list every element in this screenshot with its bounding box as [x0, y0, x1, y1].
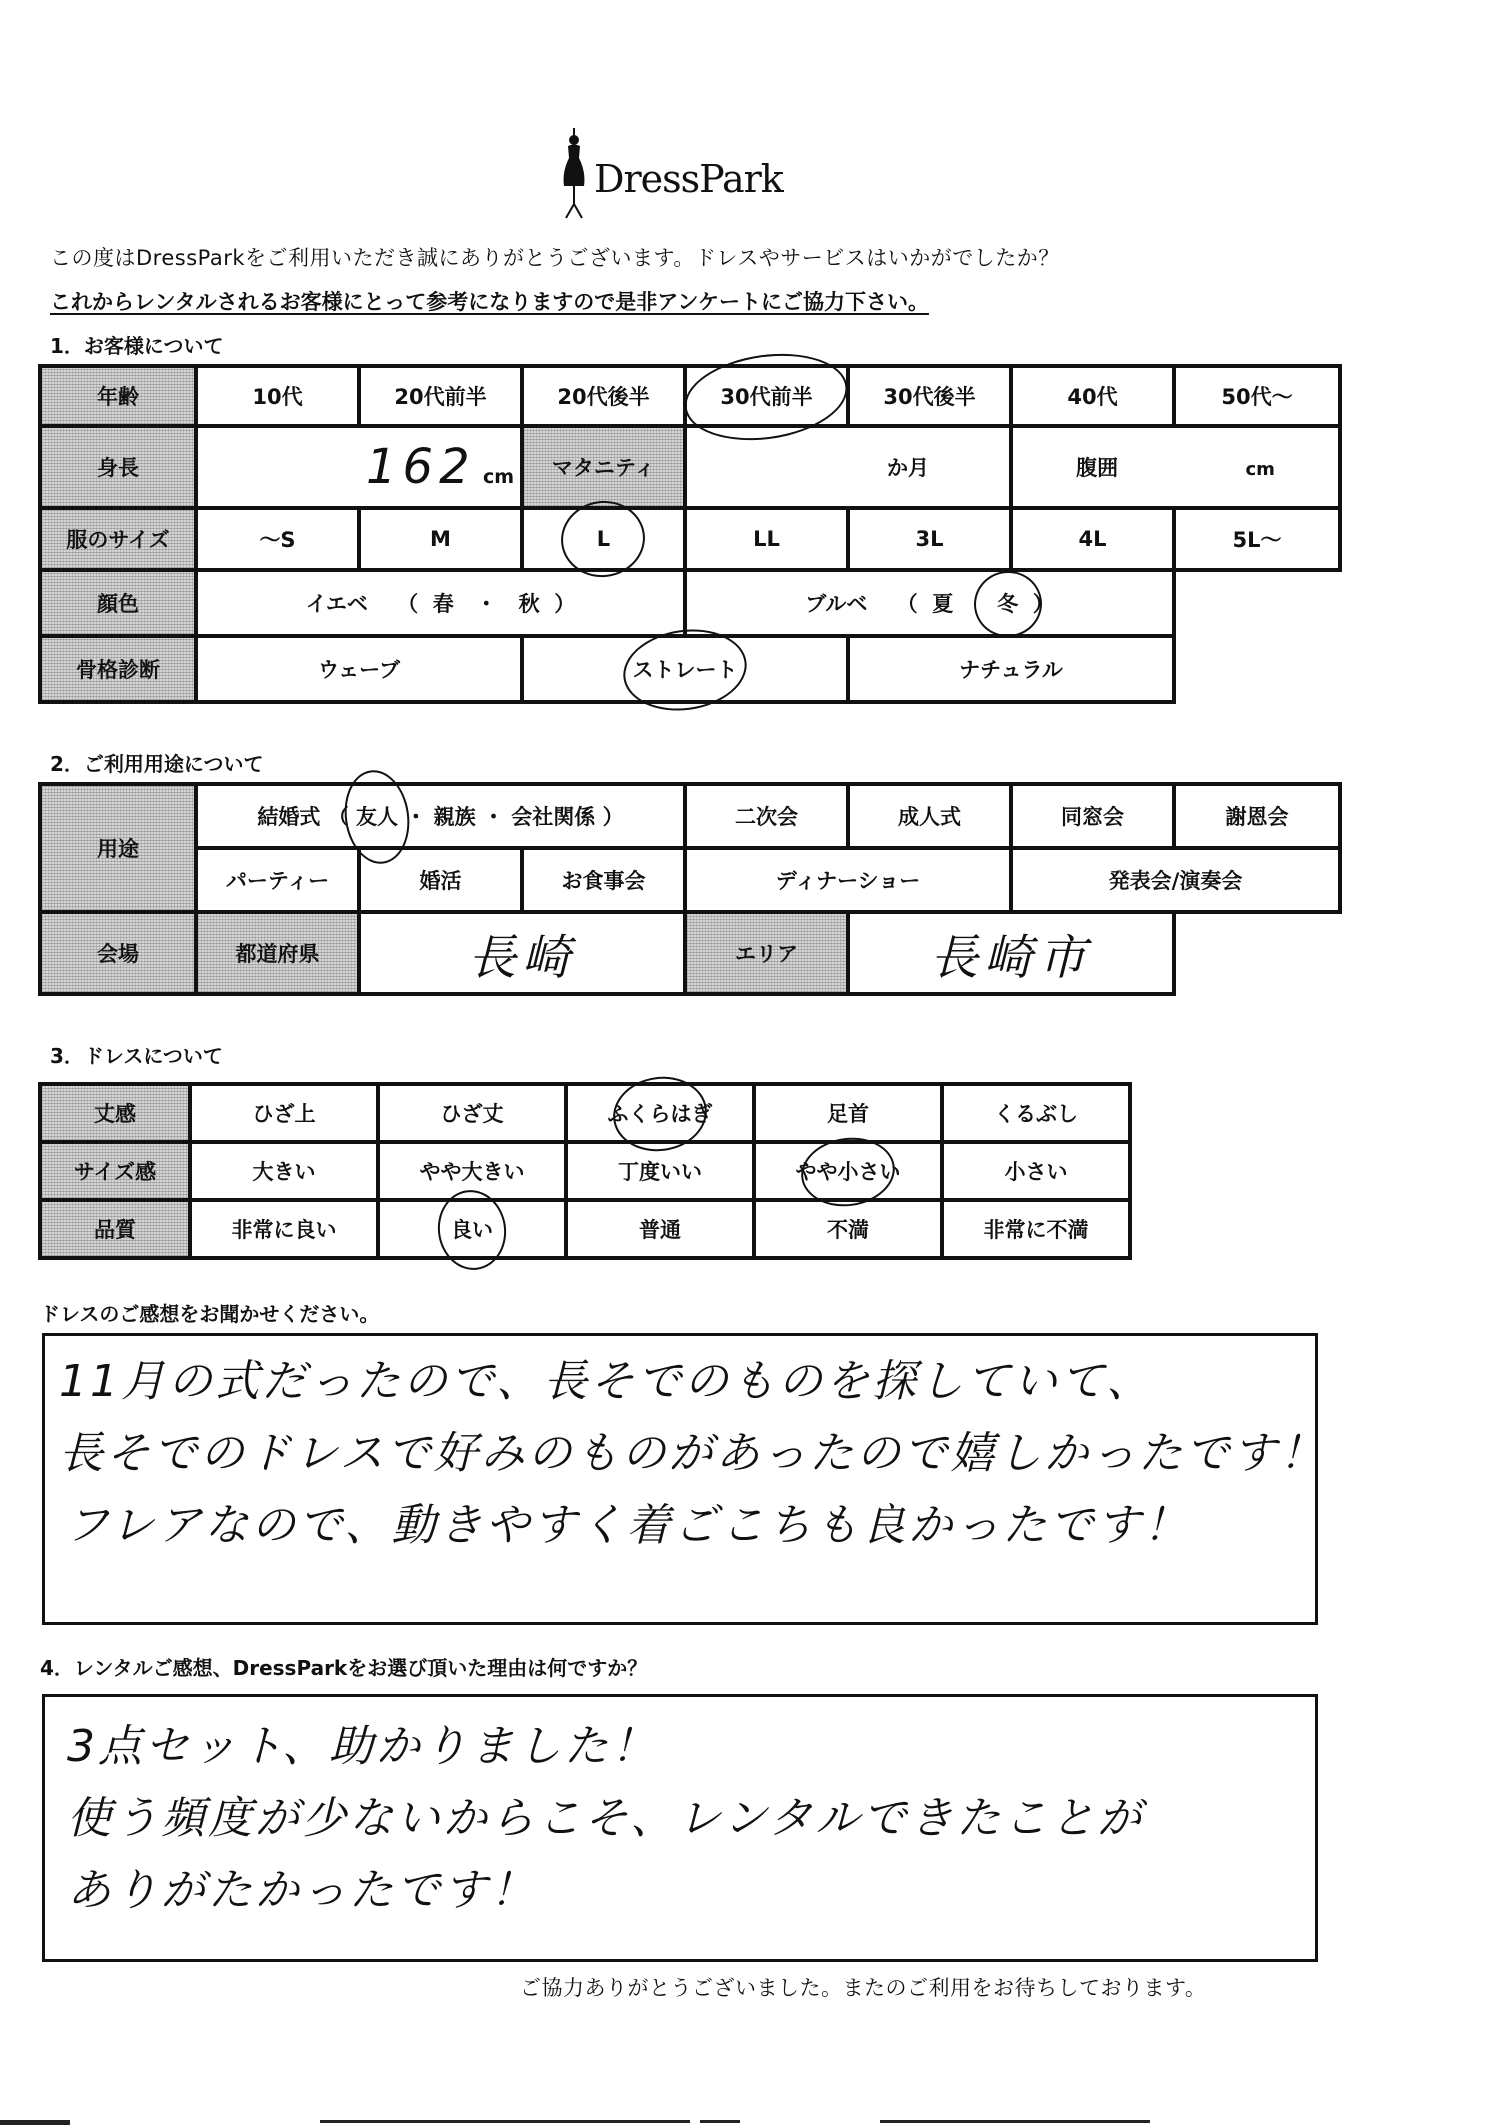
usage-option[interactable]: パーティー [196, 848, 359, 912]
waist-field[interactable]: 腹囲 cm [1011, 426, 1340, 508]
size-label: 服のサイズ [40, 508, 196, 570]
answer-line: 11月の式だったので、長そでのものを探していて、 [59, 1360, 1153, 1404]
reason-answer-box[interactable]: 3点セット、助かりました！ 使う頻度が少ないからこそ、レンタルできたことが あり… [42, 1694, 1318, 1962]
usage-option[interactable]: 謝恩会 [1174, 784, 1340, 848]
intro-text: この度はDressParkをご利用いただき誠にありがとうございます。ドレスやサー… [50, 242, 1060, 272]
area-label: エリア [685, 912, 848, 994]
selected-circle: 良い [451, 1218, 493, 1242]
friend-option-selected[interactable]: 友人 [356, 805, 398, 829]
brand-logo: DressPark [560, 128, 783, 220]
scan-artifact [0, 2120, 70, 2125]
skeleton-option-selected[interactable]: ストレート [522, 636, 848, 702]
waist-label: 腹囲 [1076, 456, 1118, 480]
prefecture-value: 長崎 [468, 930, 576, 986]
quality-option[interactable]: 普通 [566, 1200, 754, 1258]
autumn-option[interactable]: 秋 [519, 592, 540, 616]
size-option[interactable]: 5L～ [1174, 508, 1340, 570]
wedding-option[interactable]: 結婚式 （ 友人 ・ 親族 ・ 会社関係 ） [196, 784, 685, 848]
height-value: 162 [366, 439, 476, 495]
age-label: 年齢 [40, 366, 196, 426]
fit-option[interactable]: やや大きい [378, 1142, 566, 1200]
fit-option-selected[interactable]: やや小さい [754, 1142, 942, 1200]
brand-name: DressPark [594, 160, 783, 198]
age-option[interactable]: 20代後半 [522, 366, 685, 426]
winter-option-selected[interactable]: 冬 [997, 592, 1018, 616]
usage-option[interactable]: 成人式 [848, 784, 1011, 848]
age-option[interactable]: 20代前半 [359, 366, 522, 426]
size-row: 服のサイズ ～S M L LL 3L 4L 5L～ [40, 508, 1340, 570]
area-value: 長崎市 [930, 930, 1092, 986]
separator: ・ [476, 592, 497, 616]
selected-circle: ストレート [633, 658, 738, 682]
length-option[interactable]: ひざ上 [190, 1084, 378, 1142]
footer-thanks: ご協力ありがとうございました。またのご利用をお待ちしております。 [520, 1972, 1206, 2002]
fit-row: サイズ感 大きい やや大きい 丁度いい やや小さい 小さい [40, 1142, 1130, 1200]
quality-option[interactable]: 非常に不満 [942, 1200, 1130, 1258]
section3-title: 3．ドレスについて [50, 1040, 223, 1069]
quality-option-selected[interactable]: 良い [378, 1200, 566, 1258]
section2-title: 2．ご利用用途について [50, 748, 264, 777]
company-option[interactable]: 会社関係 [511, 805, 595, 829]
answer-line: 使う頻度が少ないからこそ、レンタルできたことが [67, 1797, 1144, 1841]
maternity-label: マタニティ [522, 426, 685, 508]
age-option[interactable]: 30代後半 [848, 366, 1011, 426]
area-field[interactable]: 長崎市 [848, 912, 1174, 994]
selected-circle: ふくらはぎ [608, 1102, 713, 1126]
size-option[interactable]: M [359, 508, 522, 570]
fit-label: サイズ感 [40, 1142, 190, 1200]
paren: ） [603, 805, 624, 829]
length-option[interactable]: ひざ丈 [378, 1084, 566, 1142]
section1-title: 1．お客様について [50, 330, 224, 359]
height-unit: cm [483, 466, 514, 488]
usage-option[interactable]: 発表会/演奏会 [1011, 848, 1340, 912]
months-label: か月 [887, 456, 929, 480]
answer-line: 長そでのドレスで好みのものがあったので嬉しかったです！ [59, 1432, 1326, 1476]
age-option[interactable]: 10代 [196, 366, 359, 426]
age-option[interactable]: 50代～ [1174, 366, 1340, 426]
height-field[interactable]: 162 cm [196, 426, 522, 508]
size-option[interactable]: 4L [1011, 508, 1174, 570]
usage-option[interactable]: 二次会 [685, 784, 848, 848]
skeleton-label: 骨格診断 [40, 636, 196, 702]
separator: ・ [405, 805, 426, 829]
size-option[interactable]: 3L [848, 508, 1011, 570]
scan-artifact [700, 2120, 740, 2123]
answer-line: ありがたかったです！ [67, 1869, 537, 1913]
size-option[interactable]: LL [685, 508, 848, 570]
impression-answer-box[interactable]: 11月の式だったので、長そでのものを探していて、 長そでのドレスで好みのものがあ… [42, 1333, 1318, 1625]
waist-unit: cm [1245, 459, 1274, 480]
yellow-base-option[interactable]: イエベ （ 春 ・ 秋 ） [196, 570, 685, 636]
skeleton-option[interactable]: ナチュラル [848, 636, 1174, 702]
fit-option[interactable]: 小さい [942, 1142, 1130, 1200]
paren: ） [1033, 592, 1054, 616]
venue-label: 会場 [40, 912, 196, 994]
usage-option[interactable]: お食事会 [522, 848, 685, 912]
customer-info-table: 年齢 10代 20代前半 20代後半 30代前半 30代後半 40代 50代～ … [38, 364, 1342, 704]
yellow-base-label: イエベ [306, 592, 368, 616]
scan-artifact [320, 2120, 690, 2123]
family-option[interactable]: 親族 [434, 805, 476, 829]
dress-mannequin-icon [560, 128, 588, 220]
quality-option[interactable]: 非常に良い [190, 1200, 378, 1258]
fit-option[interactable]: 丁度いい [566, 1142, 754, 1200]
usage-option[interactable]: 同窓会 [1011, 784, 1174, 848]
dress-table: 丈感 ひざ上 ひざ丈 ふくらはぎ 足首 くるぶし サイズ感 大きい やや大きい … [38, 1082, 1132, 1260]
blue-base-label: ブルベ [805, 592, 867, 616]
length-option[interactable]: くるぶし [942, 1084, 1130, 1142]
wedding-label: 結婚式 [257, 805, 320, 829]
blue-base-option[interactable]: ブルベ （ 夏 冬 ） [685, 570, 1174, 636]
separator: ・ [483, 805, 504, 829]
length-option[interactable]: 足首 [754, 1084, 942, 1142]
prefecture-field[interactable]: 長崎 [359, 912, 685, 994]
intro-request: これからレンタルされるお客様にとって参考になりますので是非アンケートにご協力下さ… [50, 286, 929, 316]
color-row: 顔色 イエベ （ 春 ・ 秋 ） ブルベ （ 夏 冬 ） [40, 570, 1340, 636]
scan-artifact [880, 2120, 1150, 2123]
length-row: 丈感 ひざ上 ひざ丈 ふくらはぎ 足首 くるぶし [40, 1084, 1130, 1142]
usage-label: 用途 [40, 784, 196, 912]
empty-cell [1174, 636, 1340, 702]
usage-table: 用途 結婚式 （ 友人 ・ 親族 ・ 会社関係 ） 二次会 成人式 同窓会 謝恩… [38, 782, 1342, 996]
length-label: 丈感 [40, 1084, 190, 1142]
section4-title: 4．レンタルご感想、DressParkをお選び頂いた理由は何ですか？ [40, 1652, 647, 1681]
paren: （ [897, 592, 918, 616]
maternity-months-field[interactable]: か月 [685, 426, 1011, 508]
selected-circle: 30代前半 [720, 385, 812, 409]
paren: （ [328, 805, 349, 829]
skeleton-row: 骨格診断 ウェーブ ストレート ナチュラル [40, 636, 1340, 702]
selected-circle: L [597, 527, 610, 551]
answer-line: フレアなので、動きやすく着ごこちも良かったです！ [65, 1504, 1190, 1548]
empty-cell [1174, 570, 1340, 636]
usage-option[interactable]: 婚活 [359, 848, 522, 912]
age-option-selected[interactable]: 30代前半 [685, 366, 848, 426]
selected-circle: やや小さい [796, 1160, 901, 1184]
height-label: 身長 [40, 426, 196, 508]
skeleton-option[interactable]: ウェーブ [196, 636, 522, 702]
summer-option[interactable]: 夏 [932, 592, 953, 616]
age-option[interactable]: 40代 [1011, 366, 1174, 426]
quality-label: 品質 [40, 1200, 190, 1258]
prefecture-label: 都道府県 [196, 912, 359, 994]
size-option-selected[interactable]: L [522, 508, 685, 570]
fit-option[interactable]: 大きい [190, 1142, 378, 1200]
usage-option[interactable]: ディナーショー [685, 848, 1011, 912]
paren: （ [397, 592, 418, 616]
length-option-selected[interactable]: ふくらはぎ [566, 1084, 754, 1142]
paren: ） [554, 592, 575, 616]
spring-option[interactable]: 春 [433, 592, 454, 616]
size-option[interactable]: ～S [196, 508, 359, 570]
empty-cell [1174, 912, 1340, 994]
color-label: 顔色 [40, 570, 196, 636]
quality-row: 品質 非常に良い 良い 普通 不満 非常に不満 [40, 1200, 1130, 1258]
age-row: 年齢 10代 20代前半 20代後半 30代前半 30代後半 40代 50代～ [40, 366, 1340, 426]
answer-line: 3点セット、助かりました！ [67, 1725, 658, 1769]
height-row: 身長 162 cm マタニティ か月 腹囲 cm [40, 426, 1340, 508]
impression-prompt: ドレスのご感想をお聞かせください。 [40, 1298, 379, 1327]
quality-option[interactable]: 不満 [754, 1200, 942, 1258]
